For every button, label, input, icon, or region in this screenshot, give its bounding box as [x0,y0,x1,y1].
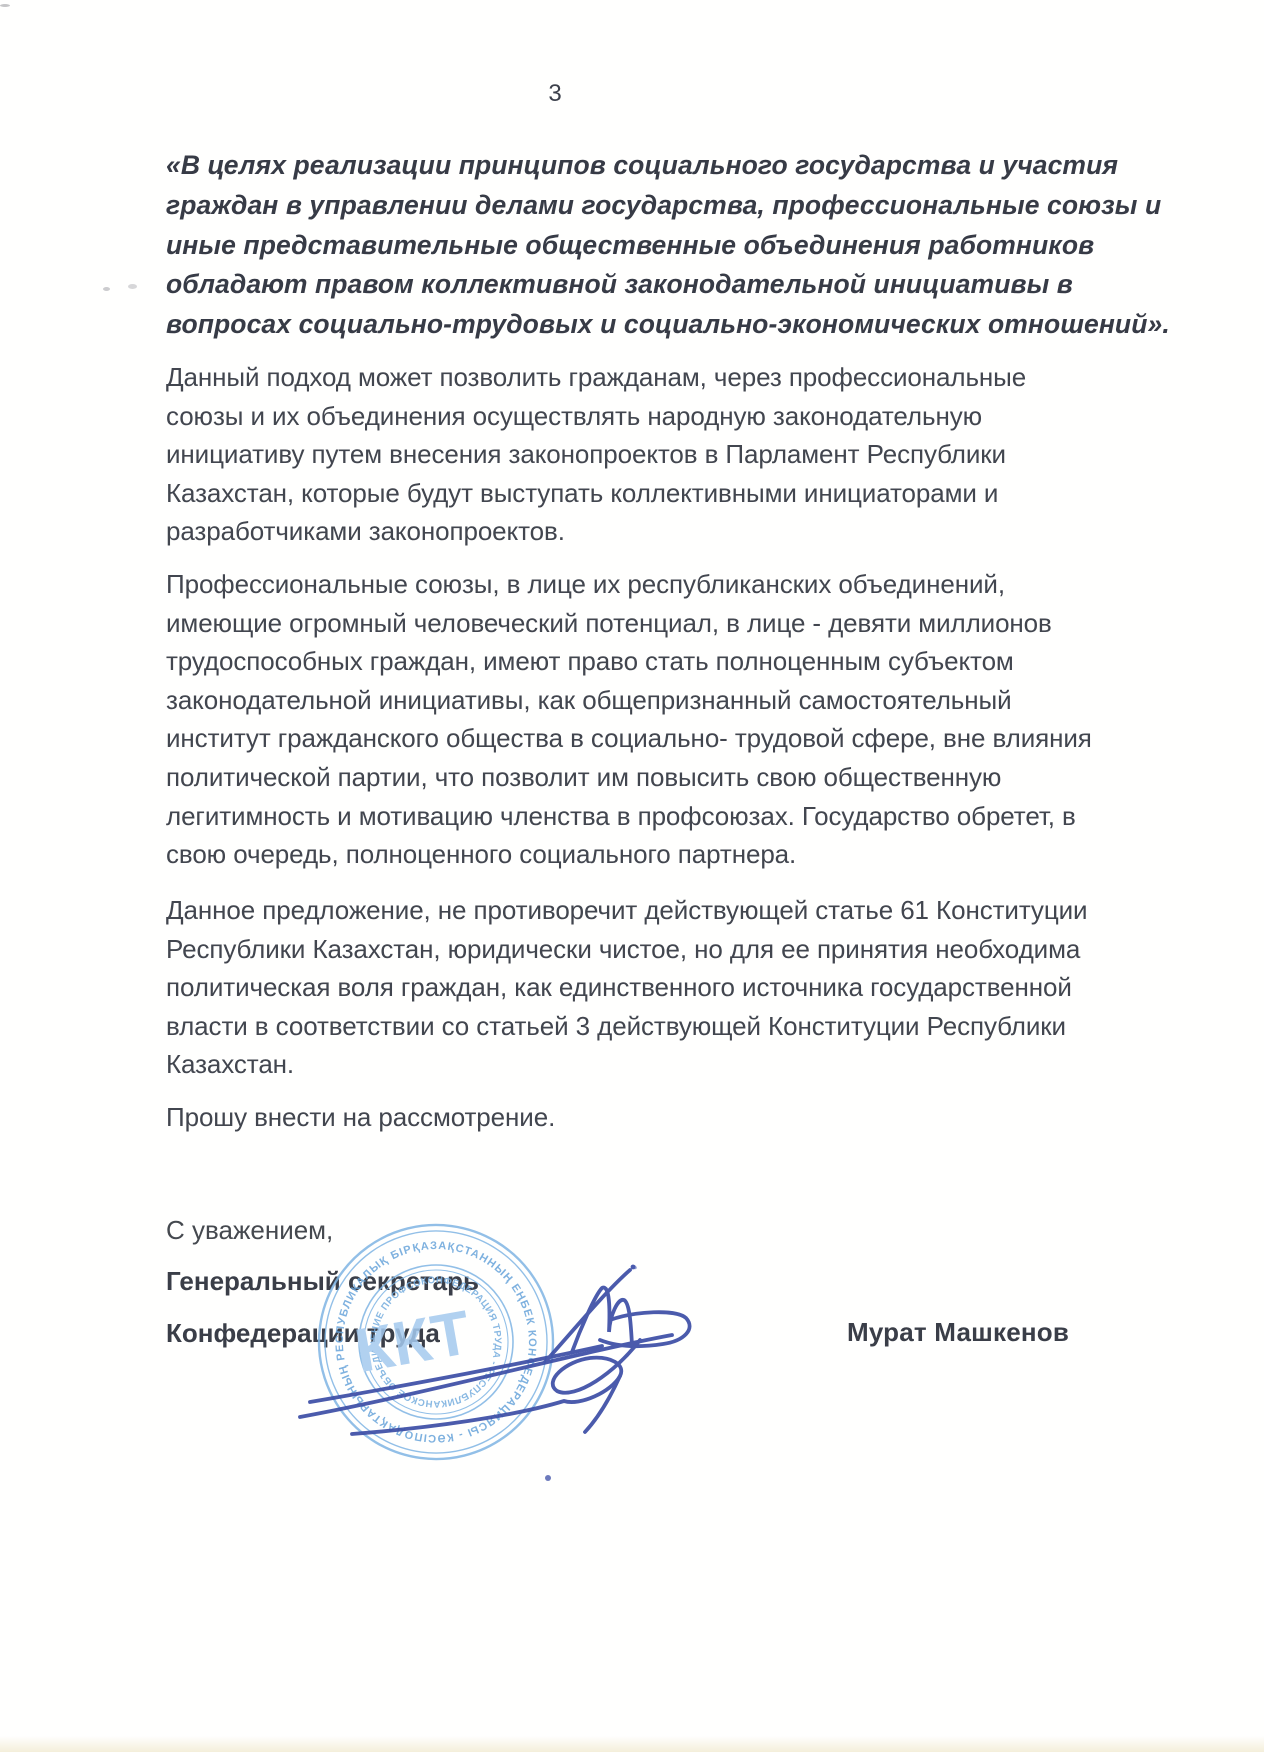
text-line: иные представительные общественные объед… [166,226,1170,266]
text-line: вопросах социально-трудовых и социально-… [166,305,1170,345]
text-line: Данный подход может позволить гражданам,… [166,358,1026,397]
paragraph-unions: Профессиональные союзы, в лице их респуб… [166,565,1092,874]
text-line: имеющие огромный человеческий потенциал,… [166,604,1092,643]
text-line: Казахстан. [166,1045,1087,1084]
quote-paragraph: «В целях реализации принципов социальног… [166,146,1170,345]
sender-name: Мурат Машкенов [847,1317,1069,1348]
text-line: политической партии, что позволит им пов… [166,758,1092,797]
text-line: свою очередь, полноценного социального п… [166,835,1092,874]
text-line: граждан в управлении делами государства,… [166,186,1170,226]
handwritten-signature-ink [280,1240,740,1440]
scan-edge-shadow [0,1736,1264,1752]
paragraph-request: Прошу внести на рассмотрение. [166,1098,555,1137]
text-line: Данное предложение, не противоречит дейс… [166,891,1087,930]
text-line: политическая воля граждан, как единствен… [166,968,1087,1007]
text-line: власти в соответствии со статьей 3 дейст… [166,1007,1087,1046]
ink-speck [545,1475,551,1481]
text-line: институт гражданского общества в социаль… [166,719,1092,758]
scanned-letter-page: 3 «В целях реализации принципов социальн… [0,0,1264,1752]
text-line: Республики Казахстан, юридически чистое,… [166,930,1087,969]
paragraph-approach: Данный подход может позволить гражданам,… [166,358,1026,551]
scan-speck [103,287,110,291]
text-line: Казахстан, которые будут выступать колле… [166,474,1026,513]
text-line: обладают правом коллективной законодател… [166,265,1170,305]
text-line: союзы и их объединения осуществлять наро… [166,397,1026,436]
text-line: инициативу путем внесения законопроектов… [166,435,1026,474]
text-line: законодательной инициативы, как общеприз… [166,681,1092,720]
text-line: трудоспособных граждан, имеют право стат… [166,642,1092,681]
text-line: Прошу внести на рассмотрение. [166,1098,555,1137]
scan-speck [0,4,10,7]
text-line: разработчиками законопроектов. [166,512,1026,551]
scan-speck [128,284,137,289]
text-line: Профессиональные союзы, в лице их респуб… [166,565,1092,604]
page-number: 3 [0,80,1110,108]
paragraph-proposal: Данное предложение, не противоречит дейс… [166,891,1087,1084]
text-line: «В целях реализации принципов социальног… [166,146,1170,186]
text-line: легитимность и мотивацию членства в проф… [166,797,1092,836]
